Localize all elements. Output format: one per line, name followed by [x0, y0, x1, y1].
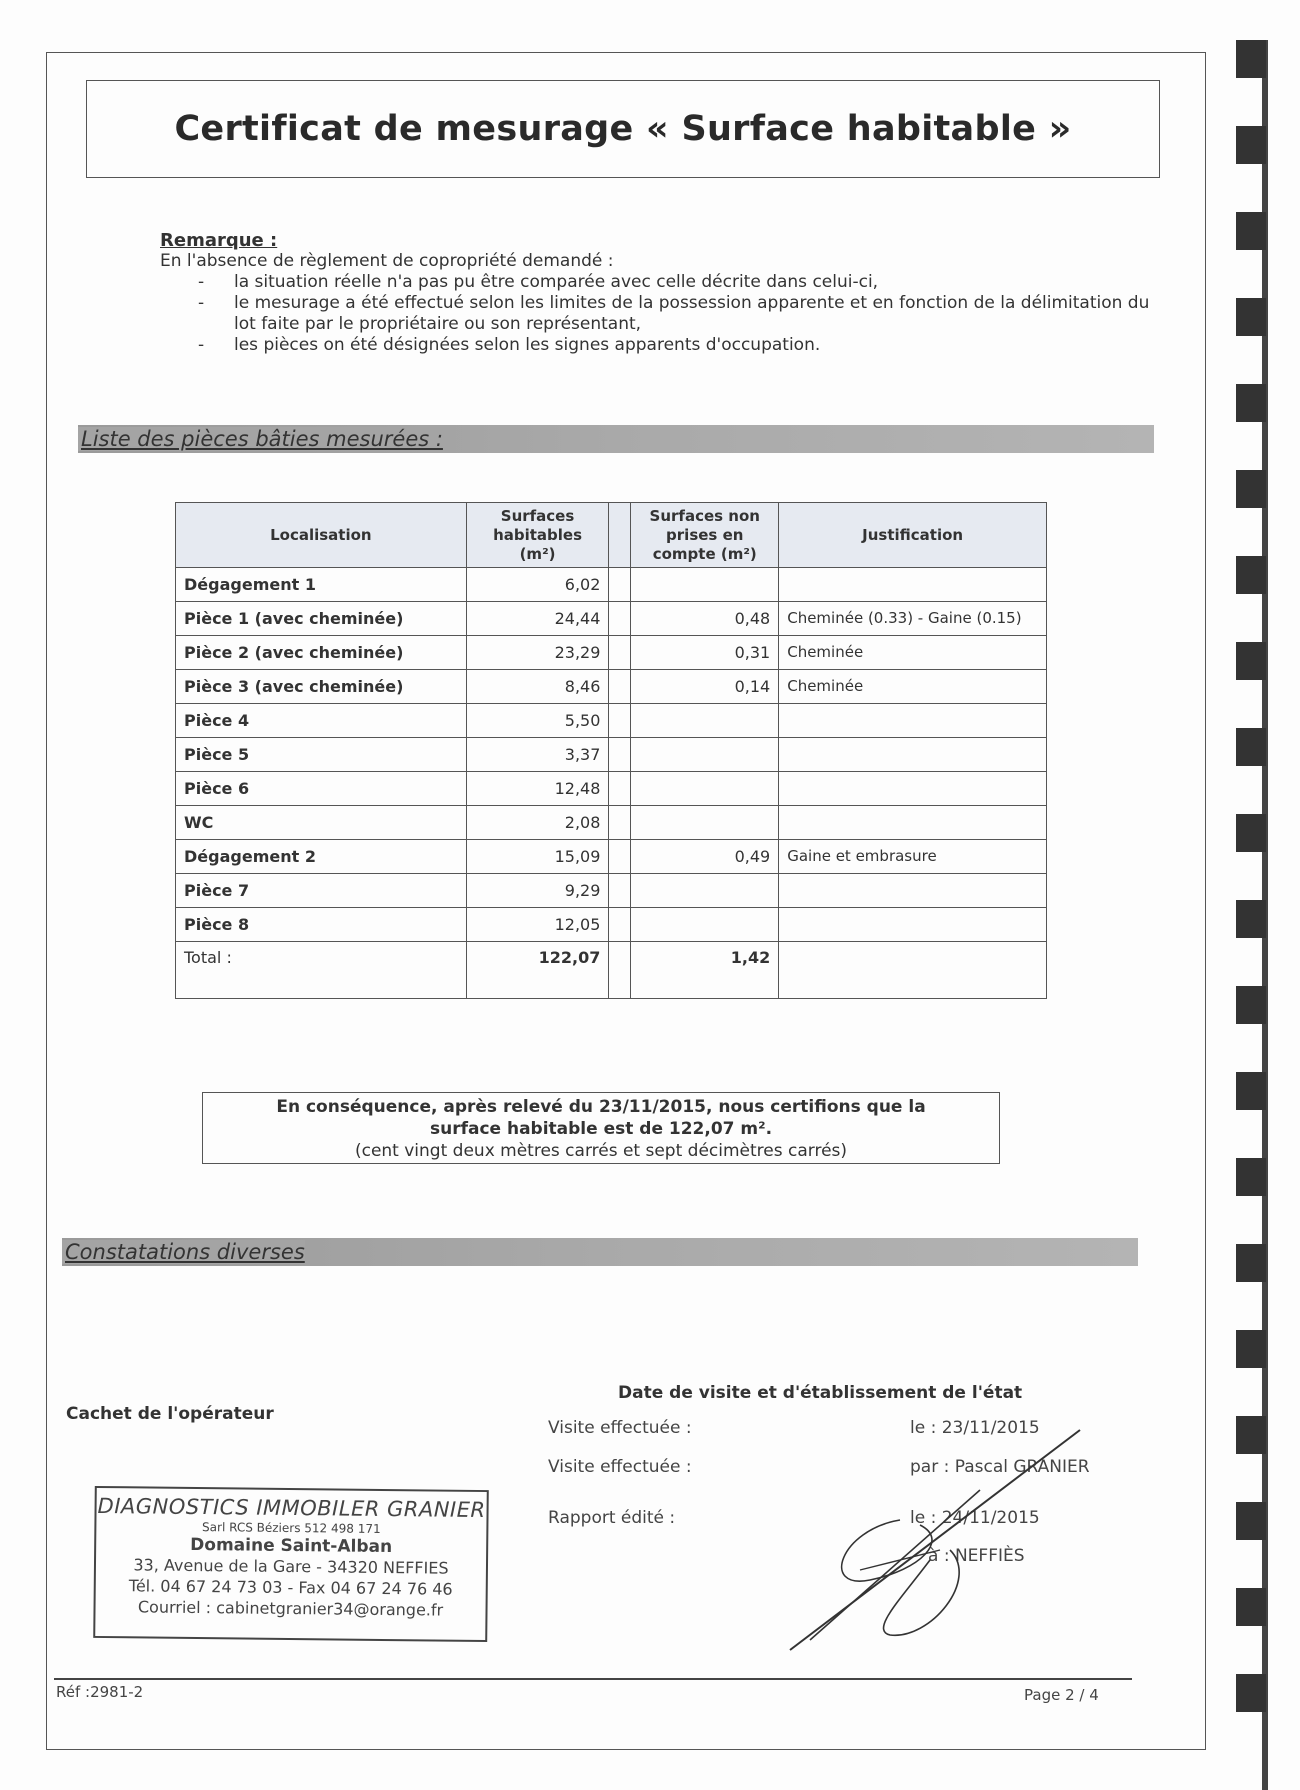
table-row: Pièce 79,29 [176, 874, 1047, 908]
header-habitable: Surfaces habitables (m²) [466, 503, 609, 568]
binding-ring [1236, 1416, 1266, 1454]
conclusion-line-1: En conséquence, après relevé du 23/11/20… [203, 1096, 999, 1118]
cell-spacer [609, 636, 631, 670]
cell-non-counted [631, 806, 779, 840]
cell-habitable: 3,37 [466, 738, 609, 772]
total-label: Total : [176, 942, 467, 999]
cell-habitable: 12,05 [466, 908, 609, 942]
binding-ring [1236, 642, 1266, 680]
visit-label: Visite effectuée : [548, 1457, 692, 1477]
cell-non-counted [631, 738, 779, 772]
total-habitable: 122,07 [466, 942, 609, 999]
binding-ring [1236, 298, 1266, 336]
remark-heading: Remarque : [160, 230, 1160, 251]
cell-spacer [609, 568, 631, 602]
table-row: WC2,08 [176, 806, 1047, 840]
binding-ring [1236, 470, 1266, 508]
cell-spacer [609, 602, 631, 636]
binding-ring [1236, 1072, 1266, 1110]
section-header-observations: Constatations diverses [62, 1238, 1138, 1266]
table-header-row: Localisation Surfaces habitables (m²) Su… [176, 503, 1047, 568]
cell-habitable: 2,08 [466, 806, 609, 840]
binding-ring [1236, 40, 1266, 78]
conclusion-line-3: (cent vingt deux mètres carrés et sept d… [203, 1140, 999, 1162]
table-row: Pièce 2 (avec cheminée)23,290,31Cheminée [176, 636, 1047, 670]
visit-operator: par : Pascal GRANIER [910, 1457, 1090, 1477]
cell-localisation: WC [176, 806, 467, 840]
cell-habitable: 12,48 [466, 772, 609, 806]
visit-date: le : 23/11/2015 [910, 1418, 1040, 1438]
report-label: Rapport édité : [548, 1508, 675, 1528]
cell-habitable: 8,46 [466, 670, 609, 704]
visit-label: Visite effectuée : [548, 1418, 692, 1438]
binding-ring [1236, 728, 1266, 766]
cell-localisation: Pièce 7 [176, 874, 467, 908]
footer-divider [54, 1678, 1132, 1680]
remark-intro: En l'absence de règlement de copropriété… [160, 251, 1160, 272]
cell-justification: Cheminée [779, 636, 1047, 670]
rooms-table: Localisation Surfaces habitables (m²) Su… [175, 502, 1047, 999]
table-row: Dégagement 16,02 [176, 568, 1047, 602]
cell-localisation: Pièce 6 [176, 772, 467, 806]
remark-list: la situation réelle n'a pas pu être comp… [160, 272, 1160, 356]
cell-habitable: 23,29 [466, 636, 609, 670]
cell-non-counted: 0,48 [631, 602, 779, 636]
cell-justification: Gaine et embrasure [779, 840, 1047, 874]
table-row: Pièce 53,37 [176, 738, 1047, 772]
table-row: Pièce 1 (avec cheminée)24,440,48Cheminée… [176, 602, 1047, 636]
cell-justification [779, 568, 1047, 602]
cell-habitable: 24,44 [466, 602, 609, 636]
binding-ring [1236, 384, 1266, 422]
remark-bullet: le mesurage a été effectué selon les lim… [198, 293, 1160, 335]
binding-ring [1236, 1502, 1266, 1540]
binding-ring [1236, 1330, 1266, 1368]
table-row: Pièce 3 (avec cheminée)8,460,14Cheminée [176, 670, 1047, 704]
cell-localisation: Pièce 8 [176, 908, 467, 942]
binding-ring [1236, 126, 1266, 164]
section-title-observations: Constatations diverses [62, 1240, 305, 1264]
cell-non-counted [631, 908, 779, 942]
table-row: Dégagement 215,090,49Gaine et embrasure [176, 840, 1047, 874]
cell-justification: Cheminée [779, 670, 1047, 704]
binding-ring [1236, 1244, 1266, 1282]
cell-localisation: Pièce 5 [176, 738, 467, 772]
page-number: Page 2 / 4 [1024, 1686, 1099, 1704]
conclusion-line-2: surface habitable est de 122,07 m². [203, 1118, 999, 1140]
header-spacer [609, 503, 631, 568]
visit-title: Date de visite et d'établissement de l'é… [618, 1383, 1022, 1403]
cell-spacer [609, 840, 631, 874]
title-box: Certificat de mesurage « Surface habitab… [86, 80, 1160, 178]
cell-justification [779, 874, 1047, 908]
spiral-binding [1232, 40, 1272, 1790]
cell-non-counted [631, 772, 779, 806]
operator-stamp-label: Cachet de l'opérateur [66, 1404, 274, 1424]
cell-justification [779, 772, 1047, 806]
header-non-counted: Surfaces non prises en compte (m²) [631, 503, 779, 568]
remark-section: Remarque : En l'absence de règlement de … [160, 230, 1160, 356]
report-place: à : NEFFIÈS [928, 1546, 1025, 1566]
binding-ring [1236, 1158, 1266, 1196]
table-total-row: Total : 122,07 1,42 [176, 942, 1047, 999]
cell-non-counted [631, 874, 779, 908]
table-row: Pièce 612,48 [176, 772, 1047, 806]
report-date: le : 24/11/2015 [910, 1508, 1040, 1528]
cell-justification: Cheminée (0.33) - Gaine (0.15) [779, 602, 1047, 636]
cell-habitable: 5,50 [466, 704, 609, 738]
binding-ring [1236, 986, 1266, 1024]
conclusion-box: En conséquence, après relevé du 23/11/20… [202, 1092, 1000, 1164]
binding-ring [1236, 1674, 1266, 1712]
cell-non-counted [631, 568, 779, 602]
cell-justification [779, 738, 1047, 772]
cell-spacer [609, 874, 631, 908]
table-row: Pièce 812,05 [176, 908, 1047, 942]
section-header-rooms: Liste des pièces bâties mesurées : [78, 425, 1154, 453]
binding-ring [1236, 556, 1266, 594]
remark-bullet: la situation réelle n'a pas pu être comp… [198, 272, 1160, 293]
cell-spacer [609, 670, 631, 704]
header-justification: Justification [779, 503, 1047, 568]
cell-habitable: 9,29 [466, 874, 609, 908]
document-title: Certificat de mesurage « Surface habitab… [174, 109, 1071, 149]
cell-spacer [609, 908, 631, 942]
cell-justification [779, 704, 1047, 738]
reference-number: Réf :2981-2 [56, 1683, 143, 1701]
cell-non-counted: 0,31 [631, 636, 779, 670]
cell-localisation: Pièce 3 (avec cheminée) [176, 670, 467, 704]
cell-spacer [609, 704, 631, 738]
cell-justification [779, 806, 1047, 840]
cell-localisation: Pièce 1 (avec cheminée) [176, 602, 467, 636]
cell-habitable: 15,09 [466, 840, 609, 874]
binding-ring [1236, 900, 1266, 938]
remark-bullet: les pièces on été désignées selon les si… [198, 335, 1160, 356]
binding-ring [1236, 814, 1266, 852]
cell-non-counted [631, 704, 779, 738]
cell-localisation: Pièce 2 (avec cheminée) [176, 636, 467, 670]
cell-spacer [609, 806, 631, 840]
cell-habitable: 6,02 [466, 568, 609, 602]
cell-non-counted: 0,14 [631, 670, 779, 704]
total-justification [779, 942, 1047, 999]
cell-localisation: Dégagement 2 [176, 840, 467, 874]
header-localisation: Localisation [176, 503, 467, 568]
cell-justification [779, 908, 1047, 942]
stamp-email: Courriel : cabinetgranier34@orange.fr [95, 1596, 485, 1621]
total-spacer [609, 942, 631, 999]
binding-ring [1236, 1588, 1266, 1626]
section-title-rooms: Liste des pièces bâties mesurées : [78, 427, 443, 451]
table-row: Pièce 45,50 [176, 704, 1047, 738]
cell-non-counted: 0,49 [631, 840, 779, 874]
stamp-company-name: DIAGNOSTICS IMMOBILER GRANIER [96, 1494, 486, 1522]
cell-spacer [609, 738, 631, 772]
binding-ring [1236, 212, 1266, 250]
cell-localisation: Dégagement 1 [176, 568, 467, 602]
cell-spacer [609, 772, 631, 806]
company-stamp: DIAGNOSTICS IMMOBILER GRANIER Sarl RCS B… [93, 1486, 489, 1642]
cell-localisation: Pièce 4 [176, 704, 467, 738]
total-non-counted: 1,42 [631, 942, 779, 999]
